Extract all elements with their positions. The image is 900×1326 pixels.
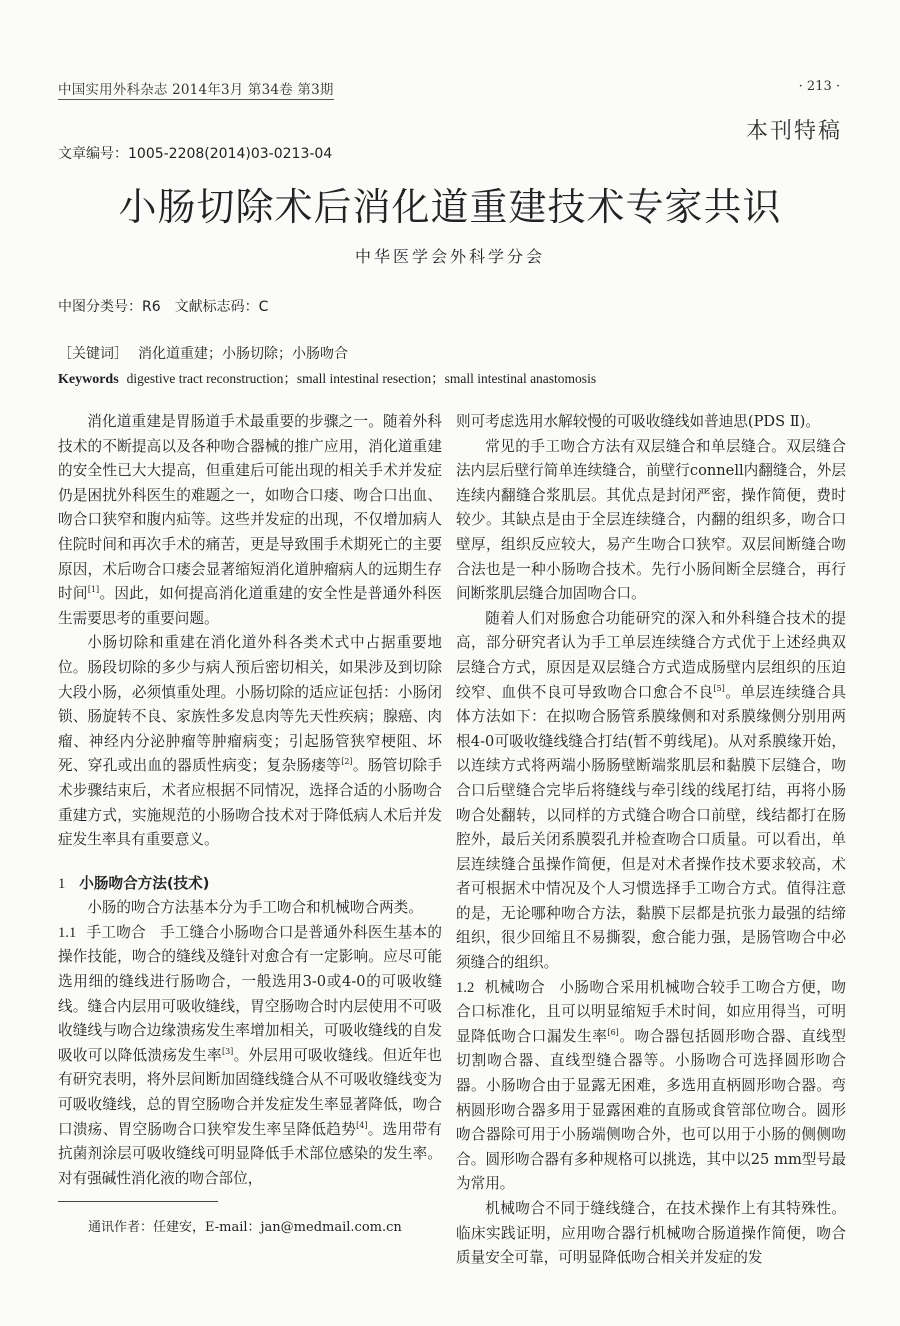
paragraph: 1.2机械吻合小肠吻合采用机械吻合较手工吻合方便，吻合口标准化，且可以明显缩短手…	[456, 976, 846, 1197]
subsection-title: 机械吻合	[484, 979, 545, 996]
paragraph: 小肠切除和重建在消化道外科各类术式中占据重要地位。肠段切除的多少与病人预后密切相…	[58, 631, 442, 852]
citation: [4]	[356, 1121, 367, 1130]
paragraph: 机械吻合不同于缝线缝合，在技术操作上有其特殊性。临床实践证明，应用吻合器行机械吻…	[456, 1197, 846, 1271]
paragraph: 小肠的吻合方法基本分为手工吻合和机械吻合两类。	[58, 896, 442, 921]
citation: [1]	[88, 585, 99, 594]
article-number: 文章编号：1005-2208(2014)03-0213-04	[58, 143, 332, 163]
section-title: 小肠吻合方法(技术)	[79, 875, 209, 892]
keywords-en: Keywordsdigestive tract reconstruction；s…	[58, 367, 596, 388]
paragraph: 则可考虑选用水解较慢的可吸收缝线如普迪思(PDS Ⅱ)。	[456, 410, 846, 435]
section-heading-1: 1小肠吻合方法(技术)	[58, 872, 442, 897]
text: 常见的手工吻合方法有双层缝合和单层缝合。双层缝合法内层后壁行简单连续缝合，前壁行…	[456, 438, 846, 603]
keywords-cn-label: ［关键词］	[58, 346, 128, 362]
citation: [6]	[607, 1028, 618, 1037]
subsection-title: 手工吻合	[86, 924, 146, 941]
classification: 中图分类号：R6 文献标志码：C	[58, 296, 268, 316]
text: 手工缝合小肠吻合口是普通外科医生基本的操作技能，吻合的缝线及缝针对愈合有一定影响…	[58, 924, 442, 1064]
keywords-en-label: Keywords	[58, 372, 119, 387]
text: 则可考虑选用水解较慢的可吸收缝线如普迪思(PDS Ⅱ)。	[456, 413, 820, 430]
paragraph: 常见的手工吻合方法有双层缝合和单层缝合。双层缝合法内层后壁行简单连续缝合，前壁行…	[456, 435, 846, 607]
text: 。吻合器包括圆形吻合器、直线型切割吻合器、直线型缝合器等。小肠吻合可选择圆形吻合…	[456, 1028, 846, 1193]
subsection-number: 1.1	[58, 925, 76, 941]
text: 机械吻合不同于缝线缝合，在技术操作上有其特殊性。临床实践证明，应用吻合器行机械吻…	[456, 1200, 846, 1266]
running-head: 中国实用外科杂志 2014年3月 第34卷 第3期	[58, 78, 334, 100]
paragraph: 随着人们对肠愈合功能研究的深入和外科缝合技术的提高，部分研究者认为手工单层连续缝…	[456, 607, 846, 976]
text: 。因此，如何提高消化道重建的安全性是普通外科医生需要思考的重要问题。	[58, 585, 442, 627]
text: 小肠切除和重建在消化道外科各类术式中占据重要地位。肠段切除的多少与病人预后密切相…	[58, 634, 442, 774]
keywords-en-text: digestive tract reconstruction；small int…	[127, 371, 596, 386]
paragraph: 消化道重建是胃肠道手术最重要的步骤之一。随着外科技术的不断提高以及各种吻合器械的…	[58, 410, 442, 631]
citation: [5]	[713, 684, 724, 693]
paragraph: 1.1手工吻合手工缝合小肠吻合口是普通外科医生基本的操作技能，吻合的缝线及缝针对…	[58, 921, 442, 1192]
page-number: · 213 ·	[799, 79, 840, 94]
body-column-left: 消化道重建是胃肠道手术最重要的步骤之一。随着外科技术的不断提高以及各种吻合器械的…	[58, 410, 442, 1191]
corresponding-author-footnote: 通讯作者：任建安，E-mail：jan@medmail.com.cn	[88, 1216, 402, 1235]
section-number: 1	[58, 876, 65, 892]
text: 消化道重建是胃肠道手术最重要的步骤之一。随着外科技术的不断提高以及各种吻合器械的…	[58, 413, 442, 602]
keywords-cn: ［关键词］消化道重建；小肠切除；小肠吻合	[58, 343, 348, 363]
article-title: 小肠切除术后消化道重建技术专家共识	[0, 176, 900, 231]
subsection-number: 1.2	[456, 980, 474, 996]
footnote-divider	[58, 1201, 218, 1202]
keywords-cn-text: 消化道重建；小肠切除；小肠吻合	[138, 346, 348, 362]
body-column-right: 则可考虑选用水解较慢的可吸收缝线如普迪思(PDS Ⅱ)。 常见的手工吻合方法有双…	[456, 410, 846, 1271]
text: 。单层连续缝合具体方法如下：在拟吻合肠管系膜缘侧和对系膜缘侧分别用两根4-0可吸…	[456, 684, 846, 972]
author: 中华医学会外科学分会	[0, 244, 900, 267]
text: 小肠的吻合方法基本分为手工吻合和机械吻合两类。	[87, 899, 423, 916]
citation: [2]	[341, 757, 352, 766]
column-tag: 本刊特稿	[746, 114, 842, 145]
citation: [3]	[222, 1047, 233, 1056]
